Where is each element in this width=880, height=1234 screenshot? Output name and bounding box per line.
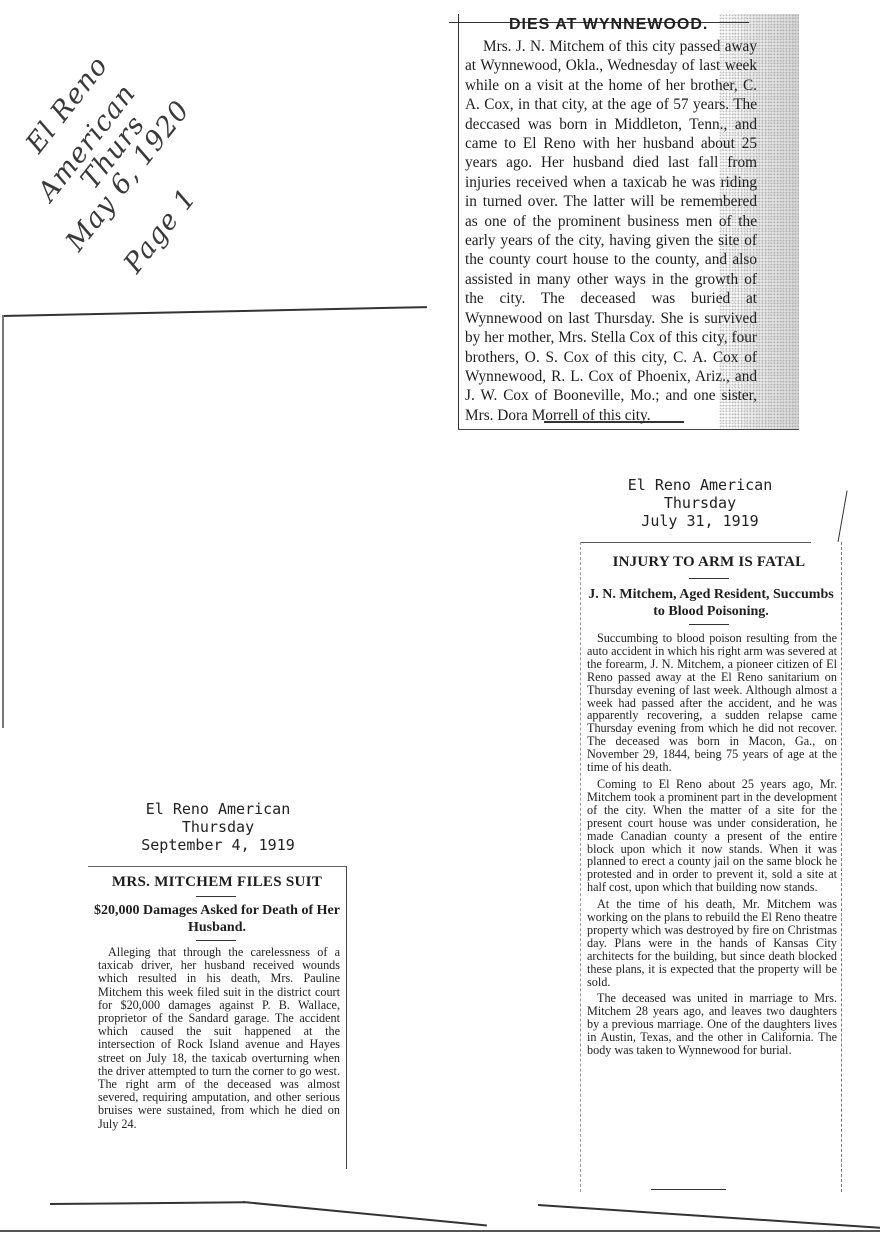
clipping-mrs-mitchem-files-suit: MRS. MITCHEM FILES SUIT $20,000 Damages … <box>88 866 347 1169</box>
paper-edge <box>50 1201 245 1204</box>
subheadline: $20,000 Damages Asked for Death of Her H… <box>88 902 346 936</box>
subheadline: J. N. Mitchem, Aged Resident, Succumbs t… <box>581 586 841 620</box>
end-rule <box>544 421 684 423</box>
end-rule <box>651 1189 726 1190</box>
source-paper: El Reno American <box>98 800 338 818</box>
paragraph: The deceased was united in marriage to M… <box>587 992 837 1057</box>
divider <box>689 578 729 579</box>
paper-edge <box>0 1230 880 1232</box>
paragraph: At the time of his death, Mr. Mitchem wa… <box>587 898 837 988</box>
paper-edge <box>538 1204 880 1228</box>
paper-edge <box>2 306 427 316</box>
headline: MRS. MITCHEM FILES SUIT <box>88 874 346 891</box>
divider <box>196 896 236 897</box>
paper-edge <box>2 315 4 728</box>
article-body: Mrs. J. N. Mitchem of this city passed a… <box>465 37 757 425</box>
paper-edge <box>243 1201 487 1226</box>
source-label-july-1919: El Reno American Thursday July 31, 1919 <box>580 476 820 530</box>
source-paper: El Reno American <box>580 476 820 494</box>
source-label-september-1919: El Reno American Thursday September 4, 1… <box>98 800 338 854</box>
clipping-injury-to-arm: INJURY TO ARM IS FATAL J. N. Mitchem, Ag… <box>580 542 842 1192</box>
paragraph: Mrs. J. N. Mitchem of this city passed a… <box>465 37 757 425</box>
headline: DIES AT WYNNEWOOD. <box>509 16 708 34</box>
margin-mark <box>837 490 847 541</box>
clipping-dies-at-wynnewood: DIES AT WYNNEWOOD. Mrs. J. N. Mitchem of… <box>458 14 799 430</box>
article-body: Alleging that through the carelessness o… <box>98 946 340 1135</box>
clip-top-rule <box>88 866 346 867</box>
paragraph: Coming to El Reno about 25 years ago, Mr… <box>587 778 837 894</box>
source-day: Thursday <box>580 494 820 512</box>
article-body: Succumbing to blood poison resulting fro… <box>587 632 837 1061</box>
clip-top-rule <box>581 542 811 543</box>
source-date: September 4, 1919 <box>98 836 338 854</box>
headline: INJURY TO ARM IS FATAL <box>581 554 837 571</box>
paragraph: Succumbing to blood poison resulting fro… <box>587 632 837 774</box>
divider <box>689 624 729 625</box>
paragraph: Alleging that through the carelessness o… <box>98 946 340 1131</box>
source-date: July 31, 1919 <box>580 512 820 530</box>
source-day: Thursday <box>98 818 338 836</box>
divider <box>196 940 236 941</box>
